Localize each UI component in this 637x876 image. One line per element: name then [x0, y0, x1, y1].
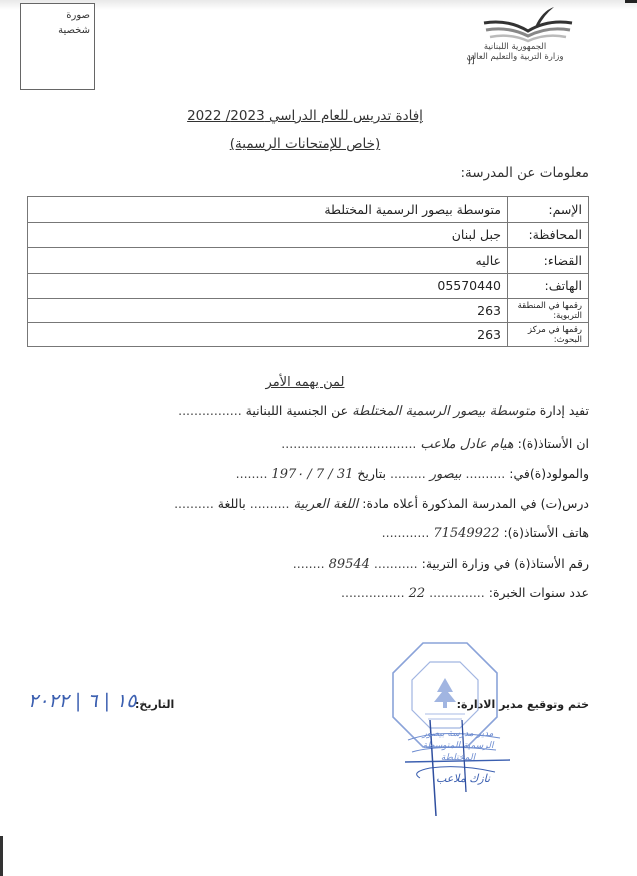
table-row: الإسم: متوسطة بيصور الرسمية المختلطة	[28, 197, 589, 223]
birth-place-handwritten: بيصور	[430, 467, 462, 482]
table-row: المحافظة: جبل لبنان	[28, 222, 589, 248]
row-label-region-number: رقمها في المنطقة التربوية:	[508, 299, 589, 323]
birth-date-label: بتاريخ	[357, 466, 386, 481]
teacher-label: ان الأستاذ(ة):	[518, 436, 589, 451]
signature-name: نازك ملاعب	[418, 772, 508, 785]
row-value-name: متوسطة بيصور الرسمية المختلطة	[28, 197, 508, 223]
row-label-district: القضاء:	[508, 248, 589, 274]
document-subtitle: (خاص للإمتحانات الرسمية)	[180, 136, 430, 152]
teacher-name-line: ان الأستاذ(ة): هيام عادل ملاعب .........…	[281, 436, 589, 452]
scan-corner-mark	[625, 0, 637, 3]
stamp-text: مدير مدرسة بيصور الرسمية المتوسطة المختل…	[408, 728, 508, 764]
dotted-fill: ................	[178, 403, 242, 418]
ministry-header-text: الجمهورية اللبنانية وزارة التربية والتعل…	[440, 42, 590, 62]
dotted-fill: ........	[293, 556, 325, 571]
row-label-governorate: المحافظة:	[508, 222, 589, 248]
subject-label: درس(ت) في المدرسة المذكورة أعلاه مادة:	[362, 496, 589, 511]
date-label: التاريخ:	[135, 698, 174, 711]
stamp-signature-label: ختم وتوقيع مدير الادارة:	[457, 698, 589, 711]
dotted-fill: ............	[382, 525, 430, 540]
teacher-phone-handwritten: 71549922	[433, 526, 499, 541]
birth-line: والمولود(ة)في: .......... بيصور ........…	[236, 466, 589, 482]
table-row: القضاء: عاليه	[28, 248, 589, 274]
row-value-district: عاليه	[28, 248, 508, 274]
teacher-phone-label: هاتف الأستاذ(ة):	[503, 525, 589, 540]
experience-handwritten: 22	[409, 586, 426, 601]
dotted-fill: ..........	[174, 496, 214, 511]
language-label: باللغة	[218, 496, 246, 511]
photo-label-line1: صورة	[58, 8, 90, 23]
administration-prefix: تفيد إدارة	[540, 403, 589, 418]
row-value-governorate: جبل لبنان	[28, 222, 508, 248]
administration-handwritten: متوسطة بيصور الرسمية المختلطة	[352, 404, 536, 419]
subject-line: درس(ت) في المدرسة المذكورة أعلاه مادة: ا…	[174, 496, 589, 512]
date-handwritten: ١٥ | ٦ | ٢٠٢٢	[28, 690, 136, 712]
birth-place-label: والمولود(ة)في:	[509, 466, 589, 481]
open-book-quill-logo-icon	[480, 5, 575, 43]
subject-handwritten: اللغة العربية	[293, 497, 358, 512]
document-title: إفادة تدريس للعام الدراسي 2023/ 2022	[180, 108, 430, 124]
experience-line: عدد سنوات الخبرة: .............. 22 ....…	[341, 585, 589, 601]
table-row: رقمها في المنطقة التربوية: 263	[28, 299, 589, 323]
ministry-number-handwritten: 89544	[329, 557, 370, 572]
experience-label: عدد سنوات الخبرة:	[489, 585, 589, 600]
republic-name: الجمهورية اللبنانية	[440, 42, 590, 52]
administration-line: تفيد إدارة متوسطة بيصور الرسمية المختلطة…	[178, 403, 589, 419]
row-label-research-center-number: رقمها في مركز البحوث:	[508, 323, 589, 347]
administration-suffix: عن الجنسية اللبنانية	[246, 403, 348, 418]
personal-photo-box: صورة شخصية	[20, 3, 95, 90]
ministry-name: وزارة التربية والتعليم العالي	[440, 52, 590, 62]
photo-box-label: صورة شخصية	[58, 8, 90, 38]
to-whom-it-may-concern-heading: لمن يهمه الأمر	[240, 375, 370, 390]
row-value-research-center-number: 263	[28, 323, 508, 347]
scan-edge-mark	[0, 836, 3, 876]
table-row: الهاتف: 05570440	[28, 273, 589, 299]
dotted-fill: ..................................	[281, 436, 416, 451]
row-value-phone: 05570440	[28, 273, 508, 299]
school-info-heading: معلومات عن المدرسة:	[460, 165, 589, 181]
ministry-number-label: رقم الأستاذ(ة) في وزارة التربية:	[422, 556, 589, 571]
bracket-mark: ]]	[467, 55, 475, 66]
table-row: رقمها في مركز البحوث: 263	[28, 323, 589, 347]
row-value-region-number: 263	[28, 299, 508, 323]
school-info-table: الإسم: متوسطة بيصور الرسمية المختلطة الم…	[27, 196, 589, 347]
photo-label-line2: شخصية	[58, 23, 90, 38]
teacher-phone-line: هاتف الأستاذ(ة): 71549922 ............	[382, 525, 589, 541]
teacher-name-handwritten: هيام عادل ملاعب	[420, 437, 513, 452]
birth-date-handwritten: 31 / 7 / 197٠	[271, 467, 353, 482]
row-label-phone: الهاتف:	[508, 273, 589, 299]
dotted-fill: ........	[236, 466, 268, 481]
ministry-number-line: رقم الأستاذ(ة) في وزارة التربية: .......…	[293, 556, 589, 572]
row-label-name: الإسم:	[508, 197, 589, 223]
dotted-fill: ................	[341, 585, 405, 600]
